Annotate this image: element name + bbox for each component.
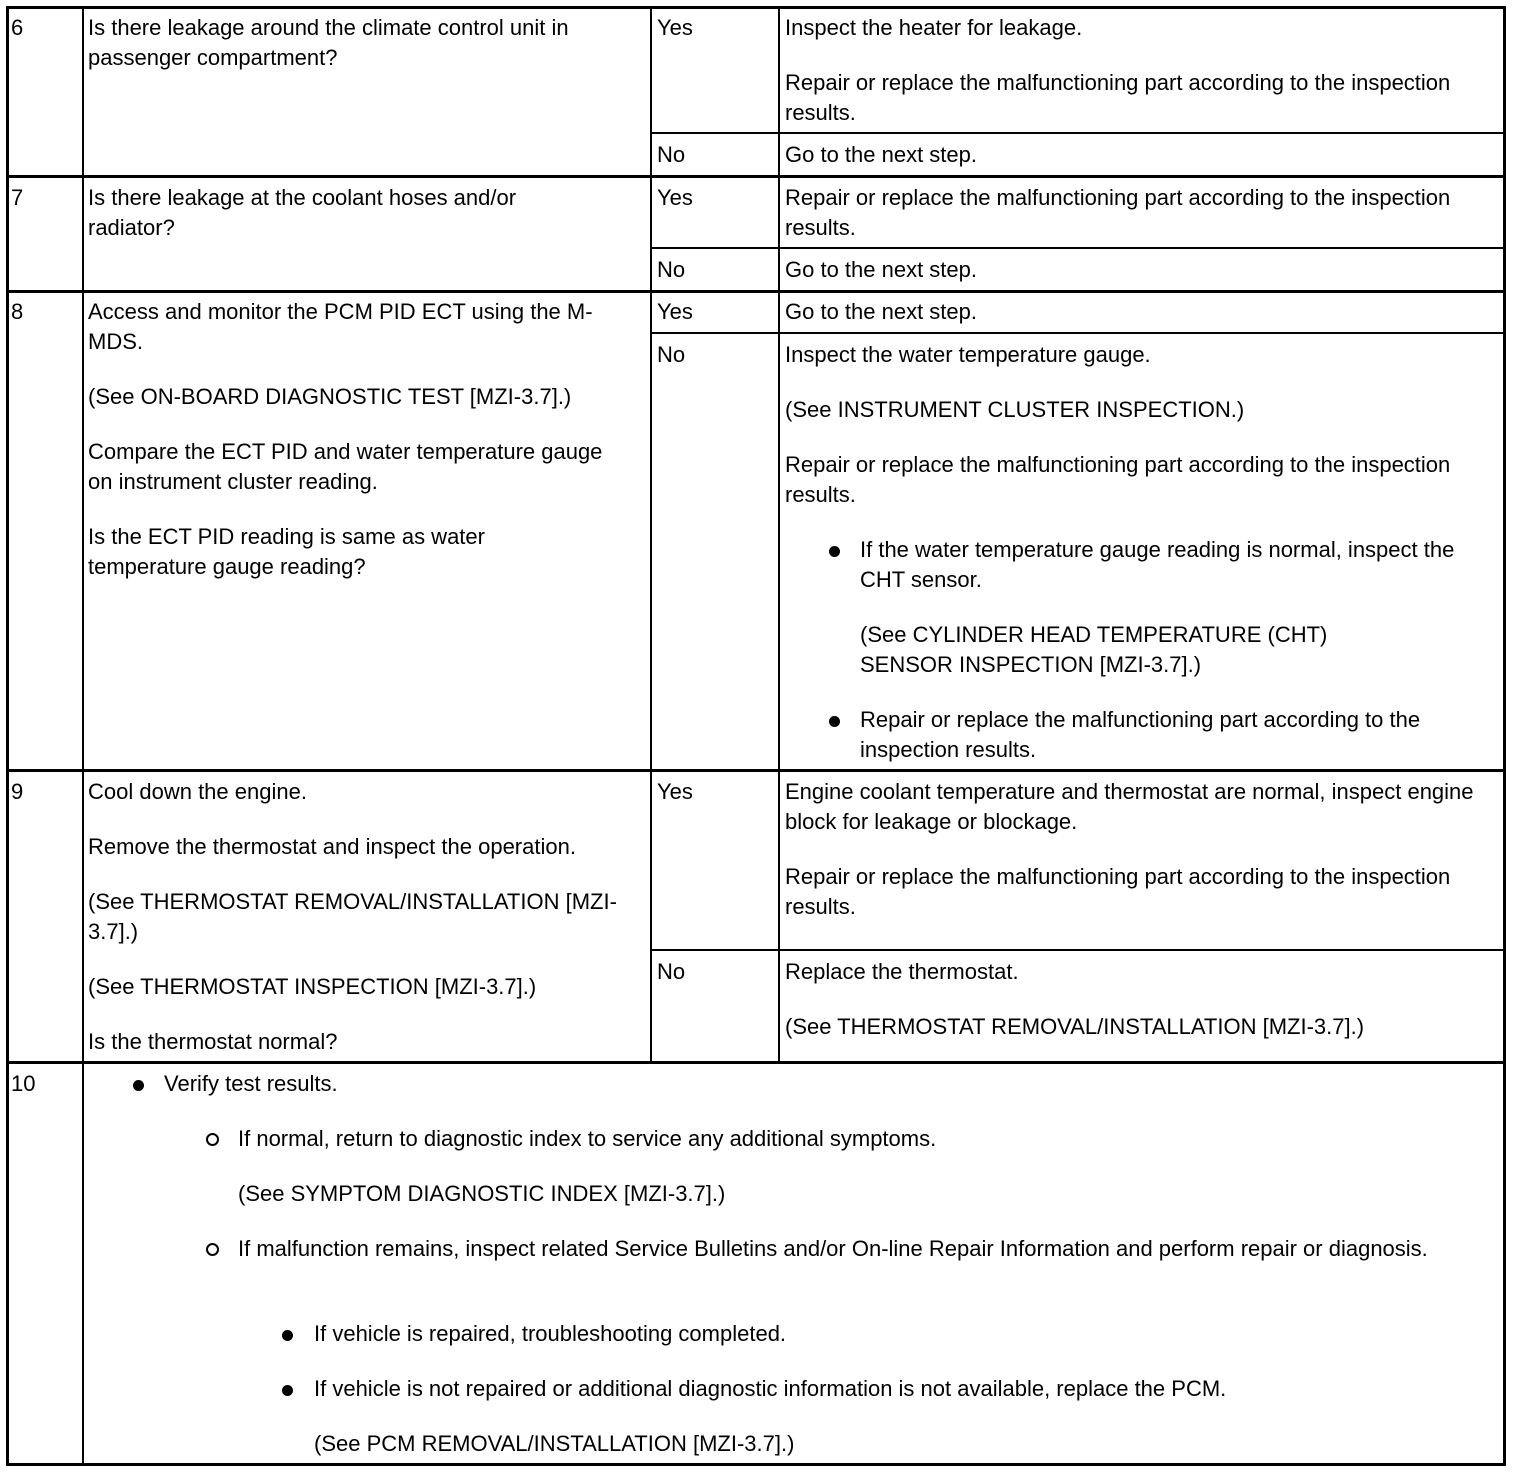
action-text: Inspect the water temperature gauge. bbox=[785, 340, 1485, 370]
action-text: Go to the next step. bbox=[785, 255, 1485, 285]
verify-not-repaired: If vehicle is not repaired or additional… bbox=[314, 1374, 1226, 1404]
verify-normal-ref: (See SYMPTOM DIAGNOSTIC INDEX [MZI-3.7].… bbox=[238, 1179, 725, 1209]
bullet-icon bbox=[282, 1385, 293, 1396]
answer-divider bbox=[650, 247, 1506, 249]
sub-bullet-icon bbox=[206, 1133, 219, 1146]
col-divider-answer bbox=[778, 6, 780, 1062]
question-text: Is there leakage at the coolant hoses an… bbox=[88, 183, 588, 243]
action-text: Replace the thermostat. bbox=[785, 957, 1485, 987]
answer-no: No bbox=[657, 340, 685, 370]
action-text: Repair or replace the malfunctioning par… bbox=[785, 862, 1485, 922]
step-number: 7 bbox=[11, 183, 23, 213]
bullet-icon bbox=[829, 546, 840, 557]
col-divider-question bbox=[650, 6, 652, 1062]
answer-yes: Yes bbox=[657, 297, 693, 327]
question-text: Cool down the engine. bbox=[88, 777, 648, 807]
question-ref: (See THERMOSTAT INSPECTION [MZI-3.7].) bbox=[88, 972, 648, 1002]
question-ref: (See ON-BOARD DIAGNOSTIC TEST [MZI-3.7].… bbox=[88, 382, 648, 412]
question-ref: (See THERMOSTAT REMOVAL/INSTALLATION [MZ… bbox=[88, 887, 643, 947]
bullet-text: If the water temperature gauge reading i… bbox=[860, 535, 1460, 595]
answer-divider bbox=[650, 949, 1506, 951]
bullet-icon bbox=[133, 1080, 144, 1091]
verify-repaired: If vehicle is repaired, troubleshooting … bbox=[314, 1319, 786, 1349]
bullet-icon bbox=[829, 716, 840, 727]
question-text: Remove the thermostat and inspect the op… bbox=[88, 832, 648, 862]
answer-no: No bbox=[657, 957, 685, 987]
row-divider bbox=[6, 1061, 1506, 1064]
question-text: Is there leakage around the climate cont… bbox=[88, 13, 643, 73]
sub-bullet-icon bbox=[206, 1243, 219, 1256]
question-text: Access and monitor the PCM PID ECT using… bbox=[88, 297, 633, 357]
question-text: Is the thermostat normal? bbox=[88, 1027, 648, 1057]
col-divider-step bbox=[82, 6, 84, 1464]
bullet-icon bbox=[282, 1330, 293, 1341]
action-text: Engine coolant temperature and thermosta… bbox=[785, 777, 1500, 837]
action-text: Repair or replace the malfunctioning par… bbox=[785, 183, 1485, 243]
row-divider bbox=[6, 290, 1506, 293]
answer-divider bbox=[650, 332, 1506, 334]
step-number: 8 bbox=[11, 297, 23, 327]
verify-not-repaired-ref: (See PCM REMOVAL/INSTALLATION [MZI-3.7].… bbox=[314, 1429, 794, 1459]
step-number: 6 bbox=[11, 13, 23, 43]
action-ref: (See INSTRUMENT CLUSTER INSPECTION.) bbox=[785, 395, 1485, 425]
row-divider bbox=[6, 175, 1506, 178]
action-text: Go to the next step. bbox=[785, 297, 1485, 327]
action-text: Inspect the heater for leakage. bbox=[785, 13, 1485, 43]
verify-normal: If normal, return to diagnostic index to… bbox=[238, 1124, 936, 1154]
verify-malfunction: If malfunction remains, inspect related … bbox=[238, 1234, 1453, 1264]
step-number: 10 bbox=[11, 1069, 35, 1099]
answer-yes: Yes bbox=[657, 183, 693, 213]
bullet-text: Repair or replace the malfunctioning par… bbox=[860, 705, 1480, 765]
question-text: Compare the ECT PID and water temperatur… bbox=[88, 437, 618, 497]
step-number: 9 bbox=[11, 777, 23, 807]
answer-yes: Yes bbox=[657, 777, 693, 807]
action-text: Repair or replace the malfunctioning par… bbox=[785, 68, 1485, 128]
action-text: Repair or replace the malfunctioning par… bbox=[785, 450, 1485, 510]
answer-divider bbox=[650, 132, 1506, 134]
action-ref: (See THERMOSTAT REMOVAL/INSTALLATION [MZ… bbox=[785, 1012, 1500, 1042]
question-text: Is the ECT PID reading is same as water … bbox=[88, 522, 558, 582]
bullet-ref: (See CYLINDER HEAD TEMPERATURE (CHT) SEN… bbox=[860, 620, 1420, 680]
action-text: Go to the next step. bbox=[785, 140, 1485, 170]
answer-yes: Yes bbox=[657, 13, 693, 43]
verify-title: Verify test results. bbox=[164, 1069, 338, 1099]
row-divider bbox=[6, 769, 1506, 772]
answer-no: No bbox=[657, 140, 685, 170]
answer-no: No bbox=[657, 255, 685, 285]
